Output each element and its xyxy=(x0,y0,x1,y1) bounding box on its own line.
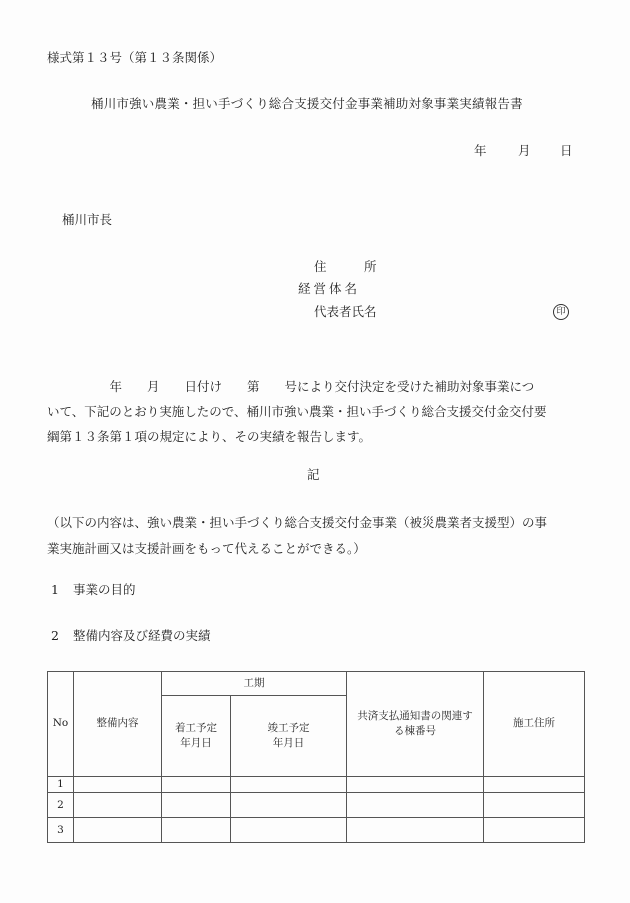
organization-name-label: 経営体名 xyxy=(298,283,360,296)
works-table: No 整備内容 工期 共済支払通知書の関連す る棟番号 施工住所 着工予定 年月… xyxy=(47,671,585,843)
table-row: 3 xyxy=(48,818,585,843)
header-start-line1: 着工予定 xyxy=(175,722,217,734)
section-label: 事業の目的 xyxy=(73,582,136,597)
header-no: No xyxy=(48,672,74,777)
cell-content[interactable] xyxy=(74,777,162,793)
note-line: 業実施計画又は支援計画をもって代えることができる。） xyxy=(47,536,597,562)
cell-location[interactable] xyxy=(484,818,585,843)
header-start-line2: 年月日 xyxy=(180,737,212,749)
cell-start-date[interactable] xyxy=(162,777,231,793)
header-end-date: 竣工予定 年月日 xyxy=(231,696,347,777)
note-line: （以下の内容は、強い農業・担い手づくり総合支援交付金事業（被災農業者支援型）の事 xyxy=(47,510,597,536)
header-content: 整備内容 xyxy=(74,672,162,777)
section-number: 2 xyxy=(51,630,73,643)
header-start-date: 着工予定 年月日 xyxy=(162,696,231,777)
representative-name-label: 代表者氏名 xyxy=(314,306,377,319)
address-label: 住 所 xyxy=(314,261,377,274)
cell-content[interactable] xyxy=(74,818,162,843)
note-paragraph: （以下の内容は、強い農業・担い手づくり総合支援交付金事業（被災農業者支援型）の事… xyxy=(47,510,597,562)
date-line: 年月日 xyxy=(474,145,573,158)
section-heading-purpose: 1事業の目的 xyxy=(51,584,136,597)
section-label: 整備内容及び経費の実績 xyxy=(73,628,211,643)
header-end-line2: 年月日 xyxy=(273,737,305,749)
cell-end-date[interactable] xyxy=(231,793,347,818)
table-row: 2 xyxy=(48,793,585,818)
row-number: 2 xyxy=(48,793,74,818)
form-number: 様式第１３号（第１３条関係） xyxy=(47,52,222,65)
cell-building-number[interactable] xyxy=(347,818,484,843)
cell-start-date[interactable] xyxy=(162,793,231,818)
header-location: 施工住所 xyxy=(484,672,585,777)
ki-heading: 記 xyxy=(307,469,320,482)
seal-icon: 印 xyxy=(553,304,569,320)
document-title: 桶川市強い農業・担い手づくり総合支援交付金事業補助対象事業実績報告書 xyxy=(91,98,523,111)
cell-end-date[interactable] xyxy=(231,777,347,793)
row-number: 1 xyxy=(48,777,74,793)
header-building-number: 共済支払通知書の関連す る棟番号 xyxy=(347,672,484,777)
date-year-label: 年 xyxy=(474,145,518,158)
header-period: 工期 xyxy=(162,672,347,696)
header-end-line1: 竣工予定 xyxy=(268,722,310,734)
cell-start-date[interactable] xyxy=(162,818,231,843)
row-number: 3 xyxy=(48,818,74,843)
table-header-row: No 整備内容 工期 共済支払通知書の関連す る棟番号 施工住所 xyxy=(48,672,585,696)
addressee: 桶川市長 xyxy=(62,214,112,227)
section-number: 1 xyxy=(51,584,73,597)
body-line: 綱第１３条第１項の規定により、その実績を報告します。 xyxy=(47,424,587,449)
header-building-number-line1: 共済支払通知書の関連す xyxy=(357,710,473,722)
table-row: 1 xyxy=(48,777,585,793)
date-month-label: 月 xyxy=(518,145,560,158)
cell-building-number[interactable] xyxy=(347,793,484,818)
cell-content[interactable] xyxy=(74,793,162,818)
cell-end-date[interactable] xyxy=(231,818,347,843)
cell-location[interactable] xyxy=(484,777,585,793)
body-line: いて、下記のとおり実施したので、桶川市強い農業・担い手づくり総合支援交付金交付要 xyxy=(47,399,587,424)
section-heading-results: 2整備内容及び経費の実績 xyxy=(51,630,211,643)
body-line: 年 月 日付け 第 号により交付決定を受けた補助対象事業につ xyxy=(47,374,587,399)
cell-building-number[interactable] xyxy=(347,777,484,793)
cell-location[interactable] xyxy=(484,793,585,818)
report-body-paragraph: 年 月 日付け 第 号により交付決定を受けた補助対象事業につ いて、下記のとおり… xyxy=(47,374,587,449)
header-building-number-line2: る棟番号 xyxy=(394,725,436,737)
date-day-label: 日 xyxy=(560,145,573,158)
